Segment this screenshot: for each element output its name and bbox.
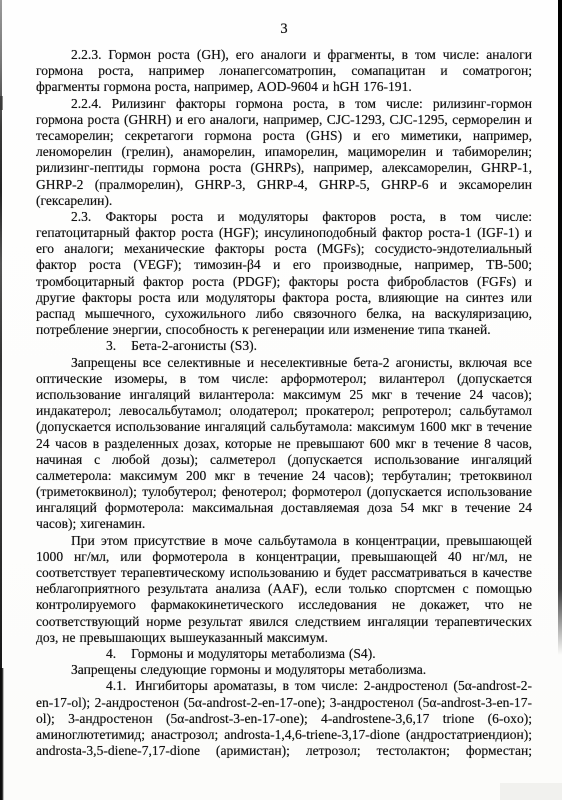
paragraph-2-3: 2.3. Факторы роста и модуляторы факторов… (36, 209, 532, 339)
paragraph-text: Запрещены все селективные и неселективны… (36, 355, 532, 532)
paragraph-4-1-aromatase-inhibitors: 4.1.Ингибиторы ароматазы, в том числе: 2… (36, 678, 532, 759)
section-title: Гормоны и модуляторы метаболизма (S4). (131, 646, 375, 661)
paragraph-text: 2.3. Факторы роста и модуляторы факторов… (36, 209, 532, 337)
document-body: 2.2.3. Гормон роста (GH), его аналоги и … (36, 47, 532, 759)
paragraph-beta2-agonists: Запрещены все селективные и неселективны… (36, 355, 532, 533)
section-title: Бета-2-агонисты (S3). (131, 338, 257, 353)
section-number: 4.1. (71, 678, 126, 694)
paragraph-2-2-4: 2.2.4. Рилизинг факторы гормона роста, в… (36, 96, 532, 209)
paragraph-text: 2.2.3. Гормон роста (GH), его аналоги и … (36, 47, 532, 94)
paragraph-text: При этом присутствие в моче сальбутамола… (36, 533, 532, 645)
scan-artifact-speck (0, 96, 3, 110)
heading-section-4: 4.Гормоны и модуляторы метаболизма (S4). (36, 646, 532, 662)
scan-artifact-smudge (500, 783, 562, 800)
paragraph-2-2-3: 2.2.3. Гормон роста (GH), его аналоги и … (36, 47, 532, 96)
paragraph-text: 2.2.4. Рилизинг факторы гормона роста, в… (36, 96, 532, 208)
page-number: 3 (36, 0, 532, 38)
paragraph-salbutamol-threshold: При этом присутствие в моче сальбутамола… (36, 533, 532, 646)
scan-artifact-right-edge (558, 0, 562, 655)
paragraph-hormones-intro: Запрещены следующие гормоны и модуляторы… (36, 662, 532, 678)
section-number: 3. (71, 338, 116, 354)
scan-artifact-left-edge-bottom (0, 668, 4, 800)
scanned-document-page: 3 2.2.3. Гормон роста (GH), его аналоги … (0, 0, 562, 800)
section-number: 4. (71, 646, 116, 662)
paragraph-text: Запрещены следующие гормоны и модуляторы… (71, 662, 426, 677)
heading-section-3: 3.Бета-2-агонисты (S3). (36, 338, 532, 354)
